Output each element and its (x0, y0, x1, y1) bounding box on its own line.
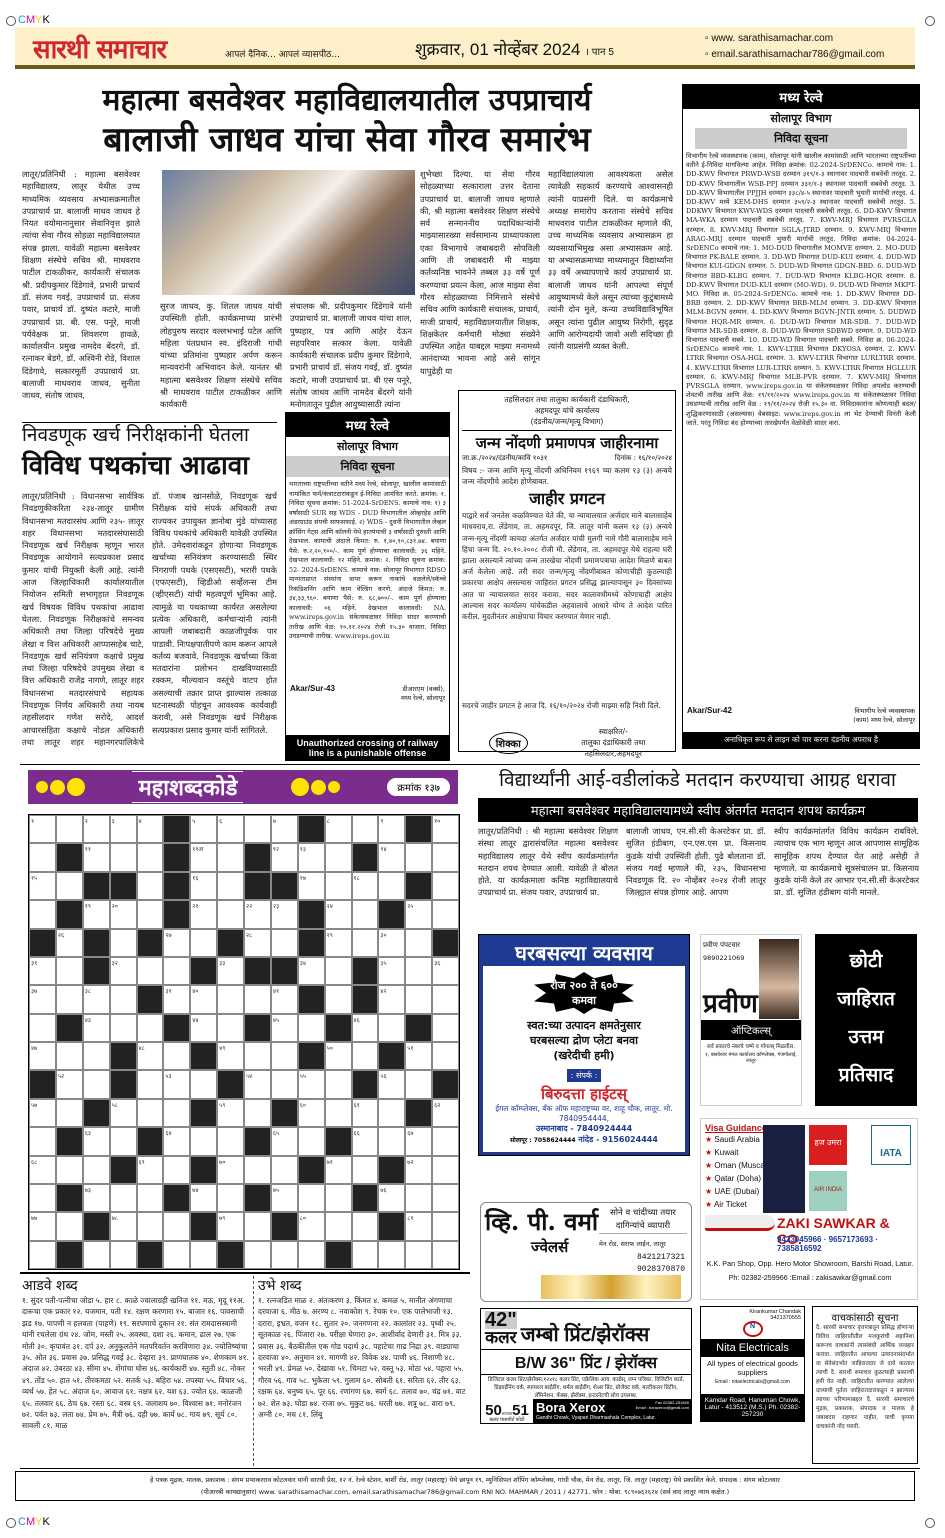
notice-title: निविदा सूचना (695, 128, 907, 149)
crossword-cell[interactable]: ५४ (244, 1070, 271, 1098)
crossword-cell[interactable]: ४२ (378, 985, 405, 1013)
crossword-block (163, 1014, 190, 1042)
crossword-cell[interactable]: १६ (190, 872, 217, 900)
crossword-cell[interactable] (190, 1070, 217, 1098)
notice-division: सोलापूर विभाग (286, 437, 449, 456)
notice-ref: Akar/Sur-42 (687, 706, 732, 724)
crossword-cell[interactable] (271, 929, 298, 957)
crossword-cell[interactable] (352, 1156, 379, 1184)
crossword-cell[interactable] (325, 843, 352, 871)
crossword-cell[interactable] (244, 985, 271, 1013)
voting-col-1: लातूर/प्रतिनिधी : श्री महात्मा बसवेश्वर … (478, 825, 618, 920)
crossword-cell[interactable] (244, 1099, 271, 1127)
crossword-block (352, 1070, 379, 1098)
crossword-block (190, 957, 217, 985)
crossword-cell[interactable] (325, 1212, 352, 1240)
ad-verma-jewellers[interactable]: व्हि. पी. वर्मा ज्वेलर्स सोने व चांदीच्य… (480, 1202, 692, 1302)
crossword-cell[interactable]: ३० (378, 929, 405, 957)
crossword-block (432, 929, 459, 957)
crossword-cell[interactable] (217, 1184, 244, 1212)
crossword-block (163, 900, 190, 928)
crossword-block (29, 1070, 56, 1098)
crossword-cell[interactable] (56, 957, 83, 985)
crossword-block (325, 1241, 352, 1269)
crossword-cell[interactable] (83, 1070, 110, 1098)
crossword-block (352, 843, 379, 871)
imprint-line-1: हे पत्रक मुद्रक, मालक, प्रकाशक : संगम प्… (16, 1474, 914, 1486)
imprint-footer: हे पत्रक मुद्रक, मालक, प्रकाशक : संगम प्… (15, 1471, 915, 1501)
crossword-block (190, 1156, 217, 1184)
crossword-cell[interactable]: ४० (190, 985, 217, 1013)
crossword-cell[interactable] (378, 1099, 405, 1127)
crossword-cell[interactable] (432, 1241, 459, 1269)
crossword-cell[interactable] (432, 843, 459, 871)
brand-email[interactable]: Email : borazerox@gmail.com (636, 1405, 689, 1410)
birth-notice-subtitle: जाहीर प्रगटन (462, 490, 672, 508)
crossword-cell[interactable]: ६८ (29, 1156, 56, 1184)
crossword-cell[interactable] (110, 843, 137, 871)
brand-desc: सर्व प्रकारचे नंबरचे चष्मे व गॉगल्स् मिळ… (701, 1040, 801, 1052)
crossword-cell[interactable]: २५ (405, 900, 432, 928)
crossword-block (405, 1099, 432, 1127)
crossword-cell[interactable] (432, 1127, 459, 1155)
crossword-cell[interactable] (298, 1184, 325, 1212)
election-headline-1: निवडणूक खर्च निरीक्षकांनी घेतला (22, 425, 277, 446)
crossword-cell[interactable]: ७८ (110, 1212, 137, 1240)
crossword-cell[interactable] (56, 1156, 83, 1184)
lead-headline-2: बालाजी जाधव यांचा सेवा गौरव समारंभ (22, 122, 672, 159)
crossword-cell[interactable] (352, 1212, 379, 1240)
crossword-cell[interactable]: २ (83, 815, 110, 843)
crossword-cell[interactable] (325, 872, 352, 900)
crossword-cell[interactable] (378, 1241, 405, 1269)
crossword-cell[interactable]: १४ (378, 843, 405, 871)
crossword-cell[interactable]: ४ (137, 815, 164, 843)
hajj-icon: हज उमरा (809, 1125, 847, 1165)
crossword-cell[interactable] (405, 1070, 432, 1098)
crossword-cell[interactable]: २९ (325, 929, 352, 957)
crossword-cell[interactable]: ८० (298, 1212, 325, 1240)
crossword-cell[interactable]: ३३ (217, 957, 244, 985)
crossword-cell[interactable] (432, 872, 459, 900)
railway-tender-notice-1: मध्य रेल्वे सोलापूर विभाग निविदा सूचना भ… (285, 412, 450, 738)
notice-title: निविदा सूचना (286, 456, 449, 477)
across-clue-list: १. सुंदर पती-पत्नीचा जोडा ५. हार ८. काळे… (22, 1295, 250, 1467)
crossword-cell[interactable] (190, 1241, 217, 1269)
crossword-cell[interactable] (29, 1241, 56, 1269)
crossword-cell[interactable] (298, 1241, 325, 1269)
signatory-office: (काम) मध्य रेल्वे, सोलापूर (853, 715, 915, 724)
crossword-cell[interactable] (432, 1042, 459, 1070)
crossword-cell[interactable] (110, 985, 137, 1013)
notice-division: सोलापूर विभाग (683, 109, 919, 128)
crossword-cell[interactable]: ८ (325, 815, 352, 843)
ad-bora-xerox[interactable]: 42"कलर जम्बो प्रिंट/झेरॉक्स B/W 36" प्रि… (480, 1308, 692, 1424)
ad-zaki-sawkar[interactable]: Visa Guidance ★ Saudi Arabia★ Kuwait★ Om… (700, 1118, 918, 1300)
crossword-cell[interactable]: १० (432, 815, 459, 843)
crossword-cell[interactable]: ९ (378, 815, 405, 843)
cmyk-mark-bottom: CMYK (18, 1516, 50, 1528)
crossword-cell[interactable] (56, 1212, 83, 1240)
birth-notice-issued: सदरचे जाहीर प्रगटन हे आज दि. १६/१०/२०२४ … (462, 700, 672, 724)
crossword-cell[interactable]: ३६ (432, 957, 459, 985)
crossword-cell[interactable] (244, 1212, 271, 1240)
crossword-cell[interactable] (432, 1014, 459, 1042)
election-col-2: डॉ. पंजाब खानसोळे, निवडणूक खर्च निरीक्षक… (152, 490, 277, 748)
crossword-cell[interactable] (190, 1127, 217, 1155)
crossword-cell[interactable]: ५७ (29, 1099, 56, 1127)
phone-1[interactable]: 8421217321 (637, 1253, 685, 1262)
ad-classified[interactable]: छोटी जाहिरात उत्तम प्रतिसाद (815, 934, 917, 1106)
crossword-cell[interactable] (29, 1127, 56, 1155)
crossword-cell[interactable]: ६० (298, 1099, 325, 1127)
crossword-block (405, 815, 432, 843)
crossword-cell[interactable] (352, 815, 379, 843)
crossword-block (56, 1127, 83, 1155)
crossword-cell[interactable] (110, 1127, 137, 1155)
crossword-cell[interactable] (29, 900, 56, 928)
crossword-cell[interactable]: ७१ (325, 1156, 352, 1184)
crossword-cell[interactable] (432, 985, 459, 1013)
contact-name: Kirankumar Chandak (701, 1307, 804, 1315)
crossword-cell[interactable]: ६३ (83, 1127, 110, 1155)
crossword-cell[interactable]: ११ (83, 843, 110, 871)
phone-nanded[interactable]: नांदेड - 9156024444 (578, 1135, 658, 1144)
crossword-cell[interactable]: १८ (352, 872, 379, 900)
crossword-cell[interactable] (405, 1184, 432, 1212)
crossword-cell[interactable] (325, 985, 352, 1013)
crossword-cell[interactable] (352, 900, 379, 928)
brand-email[interactable]: Email : nitaelectricals@gmail.com (701, 1379, 804, 1385)
crossword-cell[interactable] (29, 1184, 56, 1212)
company-address: ईगल कॉम्प्लेक्स, बँक ऑफ महाराष्ट्रच्या व… (487, 1104, 681, 1123)
crossword-cell[interactable]: ३२ (110, 957, 137, 985)
crossword-cell[interactable]: ७९ (217, 1212, 244, 1240)
imprint-line-2: (पीआरबी कायद्यानुसार) www. sarathisamach… (16, 1486, 914, 1498)
crossword-cell[interactable]: १५ (29, 872, 56, 900)
brand-phones[interactable]: 9423045966 · 9657173693 · 7385816592 (777, 1235, 917, 1253)
crossword-block (163, 1184, 190, 1212)
crossword-cell[interactable]: १ (29, 815, 56, 843)
crossword-cell[interactable] (137, 1070, 164, 1098)
crossword-cell[interactable] (352, 1241, 379, 1269)
crossword-cell[interactable]: २३ (271, 900, 298, 928)
decor-dots-icon (291, 778, 340, 796)
ad-line: घरबसल्या द्रोण प्लेटा बनवा (487, 1033, 681, 1048)
ad-praveen-optics[interactable]: प्रवीण पंपटवार 9890221069 प्रवीण ऑप्टिकल… (700, 934, 802, 1106)
crossword-block (352, 957, 379, 985)
crossword-cell[interactable]: १९ (83, 900, 110, 928)
crossword-block (271, 872, 298, 900)
crossword-block (190, 1212, 217, 1240)
crossword-cell[interactable] (110, 1241, 137, 1269)
crossword-cell[interactable]: ५९ (217, 1099, 244, 1127)
crossword-cell[interactable]: ५१ (405, 1042, 432, 1070)
crossword-cell[interactable] (137, 957, 164, 985)
crossword-cell[interactable] (137, 1212, 164, 1240)
crossword-cell[interactable]: ५८ (110, 1099, 137, 1127)
ad-line: स्वत:च्या उत्पादन क्षमतेनुसार (487, 1018, 681, 1033)
crossword-cell[interactable]: ३ (110, 815, 137, 843)
crossword-cell[interactable] (163, 1241, 190, 1269)
crossword-cell[interactable]: ४१ (271, 985, 298, 1013)
ad-nita-electricals[interactable]: Kirankumar Chandak 9421370555 N Nita Ele… (700, 1306, 805, 1422)
crossword-cell[interactable]: ४७ (29, 1042, 56, 1070)
crossword-block (325, 1127, 352, 1155)
brand-address: १, बसवेश्वर मंगल कार्यालय कॉम्प्लेक्स, ग… (701, 1052, 801, 1064)
crossword-cell[interactable] (137, 1099, 164, 1127)
crossword-cell[interactable] (271, 1156, 298, 1184)
reader-notice-title: वाचकांसाठी सूचना (816, 1310, 914, 1324)
crossword-cell[interactable] (217, 900, 244, 928)
brand-name: Nita Electricals (701, 1339, 804, 1357)
crossword-cell[interactable]: १७ (298, 872, 325, 900)
crossword-cell[interactable] (83, 1156, 110, 1184)
crossword-cell[interactable] (137, 872, 164, 900)
crossword-cell[interactable] (217, 872, 244, 900)
crossword-cell[interactable]: ७५ (271, 1184, 298, 1212)
railway-tender-notice-2: मध्य रेल्वे सोलापूर विभाग निविदा सूचना व… (682, 84, 920, 749)
crossword-block (405, 1014, 432, 1042)
crossword-cell[interactable] (56, 1099, 83, 1127)
crossword-block (56, 900, 83, 928)
decor-dots-icon (36, 778, 85, 796)
crossword-cell[interactable] (217, 1127, 244, 1155)
crossword-cell[interactable]: ४५ (271, 1014, 298, 1042)
brand-sub: ऑप्टिकल्स् (701, 1020, 801, 1040)
crossword-cell[interactable]: ५६ (378, 1070, 405, 1098)
crossword-block (298, 929, 325, 957)
crossword-cell[interactable] (244, 1042, 271, 1070)
crossword-cell[interactable]: ४३ (83, 1014, 110, 1042)
crossword-cell[interactable] (405, 929, 432, 957)
crossword-cell[interactable]: ११अ (190, 843, 217, 871)
crossword-cell[interactable] (405, 957, 432, 985)
crossword-cell[interactable] (29, 1014, 56, 1042)
crossword-cell[interactable]: ६४ (163, 1127, 190, 1155)
crossword-cell[interactable] (137, 900, 164, 928)
official-seal: शिक्का (489, 732, 528, 754)
model-photo (759, 939, 799, 1019)
crossword-block (432, 1070, 459, 1098)
crossword-cell[interactable]: ३४ (298, 957, 325, 985)
crossword-cell[interactable] (325, 1184, 352, 1212)
crossword-block (56, 843, 83, 871)
classified-line: प्रतिसाद (815, 1056, 917, 1094)
voting-col-3: स्वीप कार्यक्रमांतर्गत विविध कार्यक्रम र… (774, 825, 919, 920)
crossword-cell[interactable]: ७ (271, 815, 298, 843)
crossword-cell[interactable]: २७ (163, 929, 190, 957)
crossword-cell[interactable]: २२ (244, 900, 271, 928)
crossword-cell[interactable] (217, 1014, 244, 1042)
crossword-cell[interactable]: ५५ (298, 1070, 325, 1098)
size-label: 42" (485, 1311, 517, 1329)
signed: स्वाक्षरित/- (581, 726, 645, 737)
crossword-cell[interactable] (432, 1156, 459, 1184)
crossword-cell[interactable] (56, 985, 83, 1013)
crossword-cell[interactable] (190, 929, 217, 957)
phone-solapur[interactable]: सोलापूर : 7058624444 (510, 1137, 575, 1144)
crossword-cell[interactable]: २४ (325, 900, 352, 928)
crossword-cell[interactable]: ७४ (190, 1184, 217, 1212)
crossword-cell[interactable]: ६२ (432, 1099, 459, 1127)
crossword-block (298, 985, 325, 1013)
crossword-cell[interactable] (163, 1042, 190, 1070)
ad-home-business[interactable]: घरबसल्या व्यवसाय रोज २०० ते ६०० कमवा स्व… (478, 934, 690, 1156)
crossword-cell[interactable]: ५० (325, 1042, 352, 1070)
crossword-cell[interactable] (271, 1042, 298, 1070)
lead-headline-1: महात्मा बसवेश्वर महाविद्यालयातील उपप्राच… (22, 84, 672, 117)
crossword-cell[interactable]: ६६ (352, 1127, 379, 1155)
election-col-1: लातूर/प्रतिनिधी : विधानसभा सार्वत्रिक नि… (22, 490, 144, 748)
crossword-block (83, 1212, 110, 1240)
crossword-cell[interactable]: ३५ (378, 957, 405, 985)
crossword-cell[interactable] (29, 843, 56, 871)
brand-line: दागिन्यांचे व्यापारी (599, 1220, 687, 1233)
brand-contact[interactable]: Ph: 02382-259966 :Email : zakisawkar@gma… (705, 1273, 915, 1282)
crossword-cell[interactable] (110, 1184, 137, 1212)
crossword-cell[interactable]: ५२ (56, 1070, 83, 1098)
phone-2[interactable]: 9028370870 (637, 1265, 685, 1274)
crossword-cell[interactable]: ७२ (405, 1156, 432, 1184)
crossword-cell[interactable] (405, 985, 432, 1013)
crossword-cell[interactable]: ३८ (83, 985, 110, 1013)
brand-line: सोने व चांदीच्या तयार (599, 1207, 687, 1220)
website-link[interactable]: ▫ www. sarathisamachar.com (705, 31, 884, 47)
crossword-cell[interactable] (163, 1156, 190, 1184)
price-mid: रुपयांत (502, 1411, 512, 1416)
crossword-cell[interactable] (163, 1212, 190, 1240)
crossword-block (137, 985, 164, 1013)
newspaper-logo: सारथी समाचार (33, 30, 166, 66)
crossword-cell[interactable] (325, 1070, 352, 1098)
crossword-block (110, 1070, 137, 1098)
masthead: सारथी समाचार आपलं दैनिक... आपलं व्यासपीठ… (15, 27, 915, 69)
crossword-grid[interactable]: १२३४५६७८९१०११११अ१२१३१४१५१६१७१८१९२०२१२२२३… (28, 814, 460, 1270)
contact-label: : संपर्क : (567, 1069, 602, 1082)
crossword-cell[interactable]: ३७ (29, 985, 56, 1013)
crossword-block (244, 872, 271, 900)
crossword-block (405, 872, 432, 900)
passport-photo-label: कलर पासपोर्ट फोटो (481, 1417, 533, 1423)
crossword-cell[interactable] (432, 1212, 459, 1240)
crossword-cell[interactable]: ७७ (29, 1212, 56, 1240)
crossword-cell[interactable]: २८ (244, 929, 271, 957)
notice-body: विभागीय रेल्वे व्यवस्थापक (काम), सोलापूर… (683, 149, 919, 704)
crossword-cell[interactable]: ५३ (163, 1070, 190, 1098)
voting-subheadline: महात्मा बसवेश्वर महाविद्यालयामध्ये स्वीप… (478, 798, 918, 822)
crossword-cell[interactable] (432, 1184, 459, 1212)
crossword-cell[interactable]: २० (110, 900, 137, 928)
crossword-cell[interactable] (137, 1014, 164, 1042)
crossword-cell[interactable] (110, 1014, 137, 1042)
crossword-cell[interactable] (217, 843, 244, 871)
crossword-cell[interactable]: ५ (190, 815, 217, 843)
notice-header: मध्य रेल्वे (286, 413, 449, 437)
brand-desc: All types of electrical goods suppliers (701, 1357, 804, 1379)
crossword-cell[interactable]: १२ (271, 843, 298, 871)
crossword-cell[interactable]: ७० (217, 1156, 244, 1184)
lead-col-1: लातूर/प्रतिनिधी : महात्मा बसवेश्वर महावि… (22, 168, 140, 410)
crossword-cell[interactable] (56, 872, 83, 900)
notice-header: मध्य रेल्वे (683, 85, 919, 109)
notice-ref: Akar/Sur-43 (290, 684, 335, 702)
crossword-cell[interactable] (244, 815, 271, 843)
crossword-cell[interactable]: ७६ (378, 1184, 405, 1212)
crossword-cell[interactable]: ४६ (352, 1014, 379, 1042)
crossword-cell[interactable] (325, 1099, 352, 1127)
email-link[interactable]: ▫ email.sarathisamachar786@gmail.com (705, 47, 884, 63)
crossword-cell[interactable] (83, 1042, 110, 1070)
crossword-cell[interactable] (244, 1156, 271, 1184)
crossword-cell[interactable]: ३९ (163, 985, 190, 1013)
earn-burst-badge: रोज २०० ते ६०० कमवा (534, 972, 634, 1014)
crossword-cell[interactable] (137, 843, 164, 871)
crossword-block (83, 1099, 110, 1127)
crossword-cell[interactable] (378, 1014, 405, 1042)
crossword-cell[interactable] (217, 985, 244, 1013)
crossword-cell[interactable] (405, 843, 432, 871)
election-headline-2: विविध पथकांचा आढावा (22, 452, 277, 481)
crossword-cell[interactable] (110, 929, 137, 957)
crossword-block (244, 1127, 271, 1155)
crossword-cell[interactable] (352, 1042, 379, 1070)
crossword-cell[interactable]: ४९ (217, 1042, 244, 1070)
crossword-cell[interactable] (244, 1241, 271, 1269)
crossword-cell[interactable] (56, 815, 83, 843)
crossword-cell[interactable] (352, 929, 379, 957)
crossword-cell[interactable]: २६ (56, 929, 83, 957)
crossword-cell[interactable]: २१ (190, 900, 217, 928)
across-title: आडवे शब्द (22, 1276, 250, 1295)
crossword-cell[interactable] (163, 957, 190, 985)
crossword-cell[interactable] (83, 1241, 110, 1269)
crossword-cell[interactable] (378, 1127, 405, 1155)
crossword-cell[interactable] (56, 1042, 83, 1070)
crossword-block (217, 1070, 244, 1098)
crossword-cell[interactable] (163, 1099, 190, 1127)
crossword-title: महाशब्दकोडे (132, 771, 243, 803)
crossword-cell[interactable]: ७३ (83, 1184, 110, 1212)
crossword-cell[interactable] (137, 1184, 164, 1212)
crossword-cell[interactable] (271, 1070, 298, 1098)
crossword-cell[interactable]: ४८ (137, 1042, 164, 1070)
crossword-cell[interactable] (325, 957, 352, 985)
crossword-cell[interactable] (405, 1241, 432, 1269)
crossword-cell[interactable]: ६ (217, 815, 244, 843)
crossword-cell[interactable] (271, 1241, 298, 1269)
crossword-cell[interactable] (432, 900, 459, 928)
crossword-cell[interactable]: १३ (298, 843, 325, 871)
crossword-cell[interactable]: ६१ (352, 1099, 379, 1127)
crossword-cell[interactable] (378, 872, 405, 900)
crossword-cell[interactable]: ८१ (405, 1212, 432, 1240)
crossword-block (137, 1127, 164, 1155)
crossword-cell[interactable]: ६५ (271, 1127, 298, 1155)
airindia-icon: AIR INDIA (809, 1171, 847, 1211)
crossword-block (137, 929, 164, 957)
crossword-cell[interactable] (298, 1014, 325, 1042)
crossword-cell[interactable]: ४४ (190, 1014, 217, 1042)
signatory: डीआरएम (वर्क्स), (401, 684, 445, 693)
birth-notice-title: जन्म नोंदणी प्रमाणपत्र जाहीरनामा (462, 435, 672, 452)
crossword-cell[interactable]: ६९ (137, 1156, 164, 1184)
crossword-block (244, 957, 271, 985)
phone-osmanabad[interactable]: उस्मानाबाद - 7840924444 (487, 1123, 681, 1134)
crossword-cell[interactable]: ३१ (29, 957, 56, 985)
crossword-cell[interactable]: ६७ (405, 1127, 432, 1155)
crossword-cell[interactable] (298, 1127, 325, 1155)
